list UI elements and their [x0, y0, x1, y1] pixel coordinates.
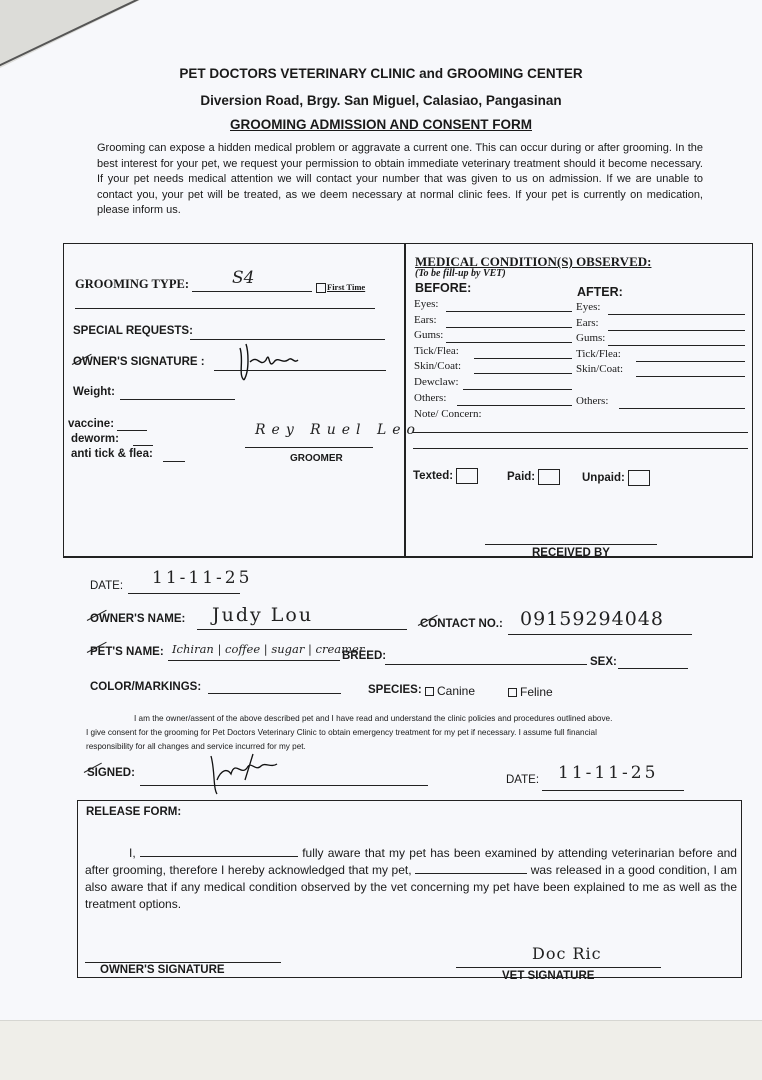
paid-checkbox[interactable]	[538, 469, 560, 485]
contact-value[interactable]: 09159294048	[520, 608, 664, 630]
first-time-box[interactable]	[316, 283, 326, 293]
scanner-bed	[0, 1020, 762, 1080]
before-field-label: Eyes:	[414, 298, 438, 310]
note-label: Note/ Concern:	[414, 408, 482, 420]
groomer-signature-line	[245, 447, 373, 448]
owner-name-label: OWNER'S NAME:	[90, 613, 185, 625]
weight-label: Weight:	[73, 386, 115, 398]
texted-checkbox[interactable]	[456, 468, 478, 484]
before-field-input[interactable]	[474, 358, 572, 359]
vet-signature-value: Doc Ric	[532, 944, 602, 963]
unpaid-option[interactable]: Unpaid:	[582, 470, 650, 486]
first-time-label: First Time	[327, 282, 365, 292]
grooming-type-label: GROOMING TYPE:	[75, 277, 189, 292]
consent-date-label: DATE:	[506, 774, 539, 786]
vaccine-label: vaccine:	[68, 418, 114, 430]
after-field-label: Skin/Coat:	[576, 363, 623, 375]
after-field-input[interactable]	[608, 314, 745, 315]
sex-field[interactable]	[618, 668, 688, 669]
after-field-label: Eyes:	[576, 301, 600, 313]
grooming-type-value[interactable]: S4	[232, 268, 254, 288]
before-label: BEFORE:	[415, 281, 471, 295]
contact-line	[508, 634, 692, 635]
antitick-field[interactable]	[163, 461, 185, 462]
release-text-a: I,	[85, 846, 136, 860]
groomer-label: GROOMER	[290, 453, 343, 464]
before-field-input[interactable]	[457, 405, 572, 406]
date-value[interactable]: 11-11-25	[152, 568, 252, 588]
after-field-input[interactable]	[636, 361, 745, 362]
texted-label: Texted:	[413, 470, 453, 482]
color-markings-field[interactable]	[208, 693, 341, 694]
paid-label: Paid:	[507, 471, 535, 483]
deworm-label: deworm:	[71, 433, 119, 445]
consent-line-2: I give consent for the grooming for Pet …	[86, 726, 694, 740]
before-field-input[interactable]	[474, 373, 572, 374]
vet-signature-line	[456, 967, 661, 968]
weight-field[interactable]	[120, 399, 235, 400]
release-pet-name-field[interactable]	[415, 862, 527, 874]
box-divider	[404, 243, 406, 558]
after-field-label: Gums:	[576, 332, 605, 344]
medical-subtitle: (To be fill-up by VET)	[415, 268, 506, 279]
unpaid-checkbox[interactable]	[628, 470, 650, 486]
breed-label: BREED:	[342, 650, 386, 662]
date-line	[128, 593, 240, 594]
form-title: GROOMING ADMISSION AND CONSENT FORM	[0, 117, 762, 132]
breed-field[interactable]	[385, 664, 587, 665]
groomer-signature-value: Rey Ruel Leo	[255, 422, 421, 438]
signed-label: SIGNED:	[87, 767, 135, 779]
before-field-label: Skin/Coat:	[414, 360, 461, 372]
pet-name-label: PET'S NAME:	[90, 646, 164, 658]
species-canine-option[interactable]: Canine	[425, 684, 475, 698]
after-field-label: Ears:	[576, 317, 599, 329]
note-line-1[interactable]	[413, 432, 748, 433]
note-line-2[interactable]	[413, 448, 748, 449]
before-field-input[interactable]	[446, 327, 572, 328]
before-field-label: Tick/Flea:	[414, 345, 459, 357]
consent-date-value[interactable]: 11-11-25	[558, 763, 658, 783]
release-owner-name-field[interactable]	[140, 845, 298, 857]
after-label: AFTER:	[577, 285, 623, 299]
canine-label: Canine	[437, 684, 475, 698]
clinic-address: Diversion Road, Brgy. San Miguel, Calasi…	[0, 93, 762, 108]
paid-option[interactable]: Paid:	[507, 469, 560, 485]
feline-checkbox[interactable]	[508, 688, 517, 697]
vet-signature-label: VET SIGNATURE	[502, 970, 594, 982]
consent-text: I am the owner/assent of the above descr…	[86, 712, 694, 754]
unpaid-label: Unpaid:	[582, 472, 625, 484]
before-field-label: Ears:	[414, 314, 437, 326]
feline-label: Feline	[520, 685, 553, 699]
pet-name-value[interactable]: Ichiran | coffee | sugar | creamer	[172, 642, 364, 656]
owner-name-line	[197, 629, 407, 630]
special-requests-label: SPECIAL REQUESTS:	[73, 325, 193, 337]
after-field-label: Tick/Flea:	[576, 348, 621, 360]
grooming-type-line	[192, 291, 312, 292]
consent-line-3: responsibility for all changes and servi…	[86, 740, 694, 754]
pet-name-line	[168, 660, 340, 661]
owner-signature-label: OWNER'S SIGNATURE :	[73, 356, 205, 368]
after-field-input[interactable]	[608, 330, 745, 331]
after-field-input[interactable]	[608, 345, 745, 346]
after-field-input[interactable]	[619, 408, 745, 409]
owner-name-value[interactable]: Judy Lou	[212, 604, 313, 626]
before-field-input[interactable]	[463, 389, 572, 390]
species-label: SPECIES:	[368, 684, 422, 696]
after-field-input[interactable]	[636, 376, 745, 377]
before-field-label: Others:	[414, 392, 446, 404]
first-time-checkbox[interactable]: First Time	[316, 282, 365, 293]
scan-folded-corner	[0, 0, 140, 68]
release-title: RELEASE FORM:	[86, 806, 181, 818]
clinic-name: PET DOCTORS VETERINARY CLINIC and GROOMI…	[0, 66, 762, 81]
before-field-input[interactable]	[446, 311, 572, 312]
consent-signature-scribble	[205, 750, 285, 798]
vaccine-field[interactable]	[117, 430, 147, 431]
species-feline-option[interactable]: Feline	[508, 685, 553, 699]
contact-label: CONTACT NO.:	[420, 618, 503, 630]
grooming-type-extra-line	[75, 308, 375, 309]
canine-checkbox[interactable]	[425, 687, 434, 696]
owner-signature-scribble	[232, 340, 302, 385]
before-field-input[interactable]	[446, 342, 572, 343]
date-label: DATE:	[90, 580, 123, 592]
before-field-label: Dewclaw:	[414, 376, 459, 388]
consent-line-1: I am the owner/assent of the above descr…	[86, 712, 694, 726]
deworm-field[interactable]	[133, 445, 153, 446]
antitick-label: anti tick & flea:	[71, 448, 153, 460]
received-by-label: RECEIVED BY	[532, 547, 610, 559]
consent-date-line	[542, 790, 684, 791]
intro-paragraph: Grooming can expose a hidden medical pro…	[97, 141, 703, 219]
after-field-label: Others:	[576, 395, 608, 407]
release-paragraph: I, fully aware that my pet has been exam…	[85, 845, 737, 913]
received-by-line	[485, 544, 657, 545]
texted-option[interactable]: Texted:	[413, 468, 478, 484]
sex-label: SEX:	[590, 656, 617, 668]
release-owner-signature-label: OWNER'S SIGNATURE	[100, 964, 225, 976]
before-field-label: Gums:	[414, 329, 443, 341]
release-owner-signature-line	[85, 962, 281, 963]
color-markings-label: COLOR/MARKINGS:	[90, 681, 201, 693]
